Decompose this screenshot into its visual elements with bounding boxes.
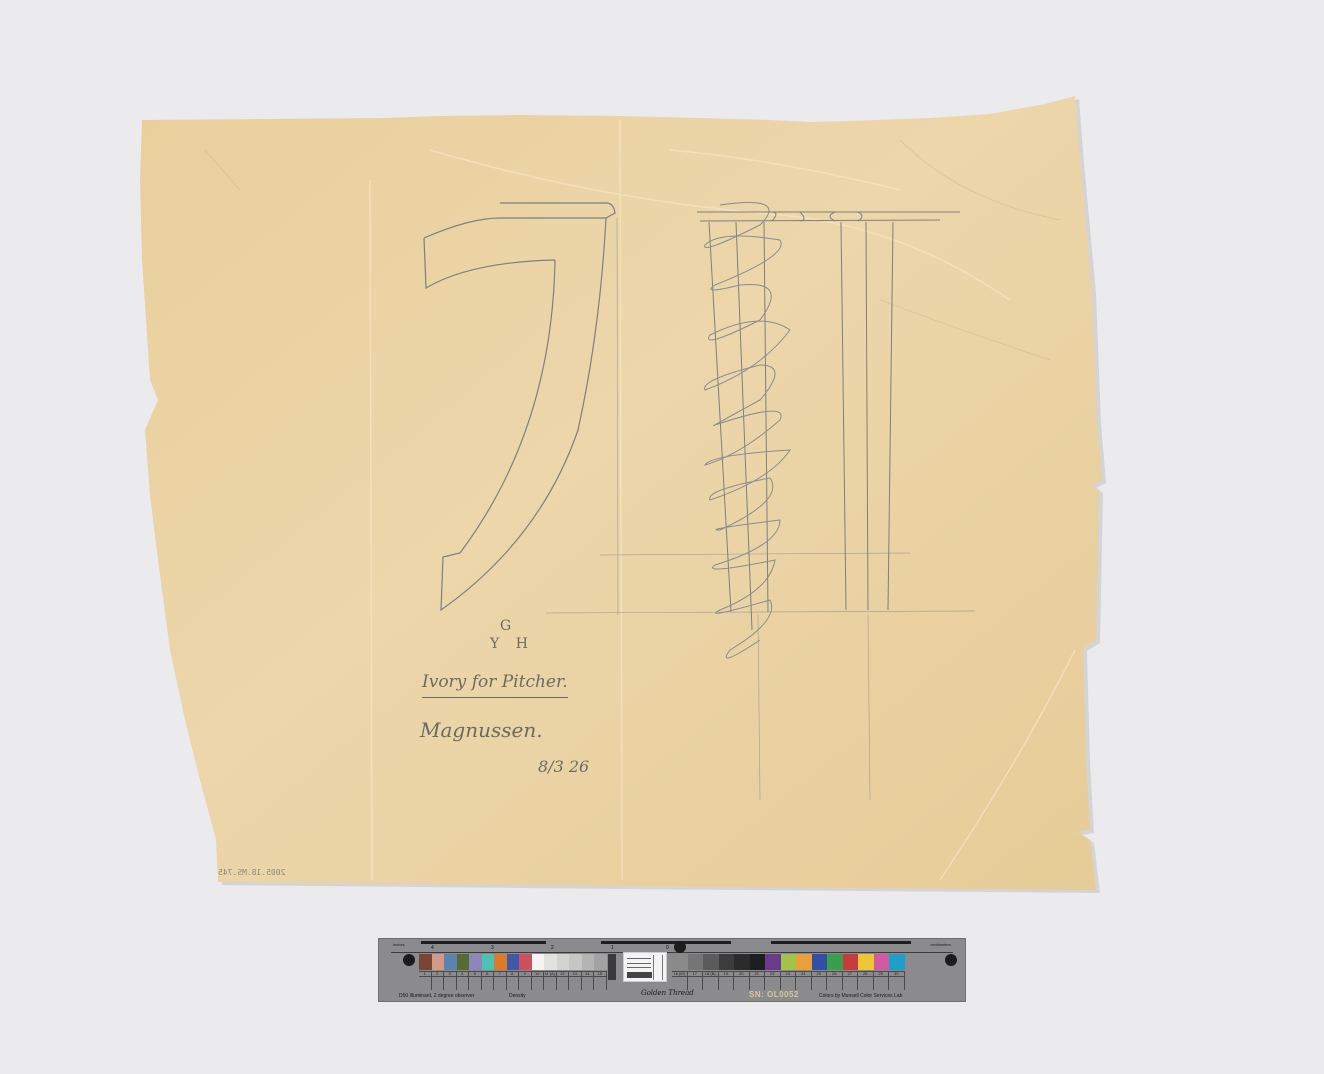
color-patch	[688, 954, 704, 970]
color-patch	[519, 954, 532, 970]
patch-label: 29	[874, 972, 890, 990]
color-patch	[569, 954, 582, 970]
patch-label: 4	[457, 972, 470, 990]
color-patch	[781, 954, 797, 970]
patch-label: 24	[796, 972, 812, 990]
patch-label: 6	[482, 972, 495, 990]
color-patch	[544, 954, 557, 970]
color-patch	[843, 954, 859, 970]
patch-label: 13	[569, 972, 582, 990]
color-calibration-target: inches centimeters 4 3 2 1 0 12345678910…	[378, 938, 966, 1002]
color-patch	[874, 954, 890, 970]
annotation-date: 8/3 26	[538, 757, 589, 776]
color-patch	[594, 954, 607, 970]
color-patches-left	[419, 954, 607, 970]
patch-label: 17	[688, 972, 704, 990]
patch-label: 21	[750, 972, 766, 990]
inventory-stamp: 2005.18.MS.745	[218, 868, 285, 877]
color-patch	[482, 954, 495, 970]
patch-label: 19	[719, 972, 735, 990]
patch-label: 26	[827, 972, 843, 990]
brand-name: Golden Thread	[641, 989, 694, 997]
target-hole-right	[945, 954, 957, 966]
color-patch	[532, 954, 545, 970]
ruler: inches centimeters 4 3 2 1 0	[391, 941, 953, 953]
ruler-unit-label: inches	[393, 942, 405, 947]
patch-label: 30	[889, 972, 905, 990]
patch-label: 5	[469, 972, 482, 990]
annotation-title: Ivory for Pitcher.	[422, 672, 568, 692]
patch-label: 16 (M)	[672, 972, 688, 990]
color-patch	[432, 954, 445, 970]
gray-step	[608, 954, 616, 980]
color-patch	[796, 954, 812, 970]
patch-label: 28	[858, 972, 874, 990]
annotation-signature: Magnussen.	[420, 718, 543, 742]
patch-label: 7	[494, 972, 507, 990]
patch-label: 25	[812, 972, 828, 990]
patch-label: 20	[734, 972, 750, 990]
patch-label: 23	[781, 972, 797, 990]
munsell-credit: Colors by Munsell Color Services Lab	[819, 993, 902, 999]
patch-label: 15	[594, 972, 607, 990]
color-patch	[469, 954, 482, 970]
color-patch	[750, 954, 766, 970]
density-label: Density	[509, 993, 526, 999]
color-patch	[812, 954, 828, 970]
target-hole-left	[403, 954, 415, 966]
reference-card	[623, 952, 667, 982]
illuminant-label: D50 Illuminant, 2 degree observer	[399, 993, 474, 999]
color-patch	[419, 954, 432, 970]
patch-label: 11 (A)	[544, 972, 557, 990]
color-patch	[765, 954, 781, 970]
color-patch	[719, 954, 735, 970]
patch-data-right: 16 (M)1718 (B)192021222324252627282930	[672, 971, 905, 990]
color-patch	[827, 954, 843, 970]
color-patch	[494, 954, 507, 970]
color-patch	[734, 954, 750, 970]
color-patch	[444, 954, 457, 970]
color-patch	[557, 954, 570, 970]
color-patch	[672, 954, 688, 970]
color-patch	[507, 954, 520, 970]
patch-label: 9	[519, 972, 532, 990]
serial-number: SN: OL0052	[749, 990, 799, 999]
patch-label: 22	[765, 972, 781, 990]
patch-label: 27	[843, 972, 859, 990]
target-hole-center	[674, 941, 686, 953]
patch-label: 1	[419, 972, 432, 990]
color-patch	[858, 954, 874, 970]
tracing-paper-sheet	[0, 0, 1324, 1074]
annotation-yh: Y H	[490, 636, 534, 652]
color-patch	[889, 954, 905, 970]
color-patches-right	[672, 954, 905, 970]
ruler-unit-label-right: centimeters	[930, 942, 951, 947]
patch-label: 3	[444, 972, 457, 990]
patch-label: 18 (B)	[703, 972, 719, 990]
patch-label: 2	[432, 972, 445, 990]
artwork-photograph: G Y H Ivory for Pitcher. Magnussen. 8/3 …	[0, 0, 1324, 1074]
patch-label: 8	[507, 972, 520, 990]
title-underline	[422, 697, 568, 698]
patch-label: 12	[557, 972, 570, 990]
color-patch	[582, 954, 595, 970]
patch-data-left: 1234567891011 (A)12131415	[419, 971, 607, 990]
patch-label: 14	[582, 972, 595, 990]
color-patch	[457, 954, 470, 970]
annotation-g: G	[500, 618, 511, 634]
color-patch	[703, 954, 719, 970]
patch-label: 10	[532, 972, 545, 990]
